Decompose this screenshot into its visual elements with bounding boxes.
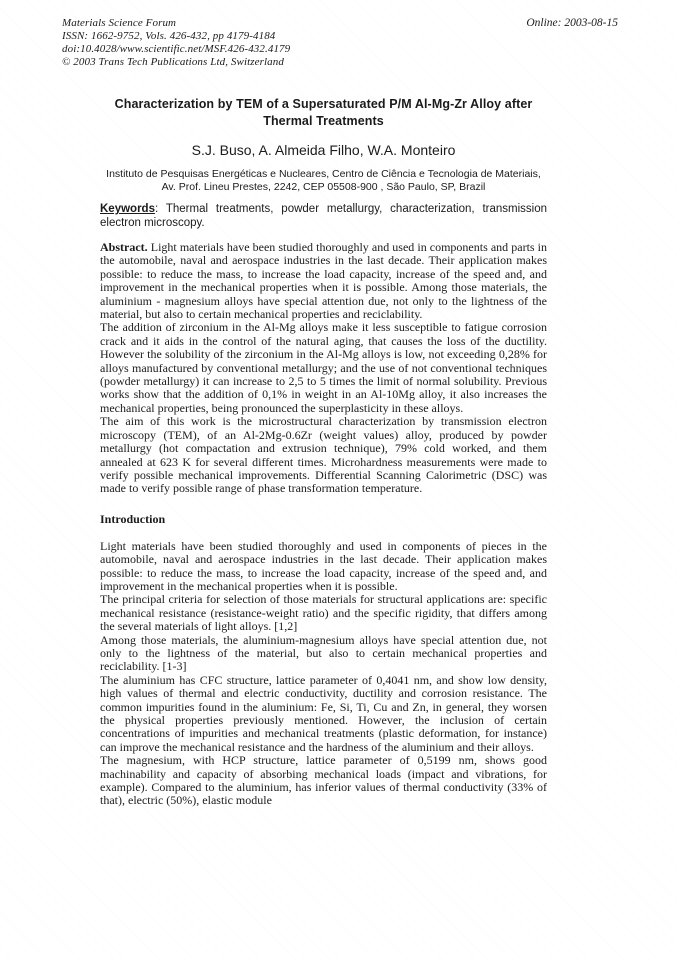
- journal-header: Materials Science Forum ISSN: 1662-9752,…: [0, 0, 678, 69]
- keywords-block: Keywords: Thermal treatments, powder met…: [100, 203, 547, 230]
- content-column: Characterization by TEM of a Supersatura…: [100, 96, 547, 808]
- abstract-paragraph-2: The addition of zirconium in the Al-Mg a…: [100, 321, 547, 415]
- keywords-text: : Thermal treatments, powder metallurgy,…: [100, 203, 547, 229]
- introduction-paragraph-1: Light materials have been studied thorou…: [100, 540, 547, 594]
- keywords-label: Keywords: [100, 203, 155, 215]
- copyright-line: © 2003 Trans Tech Publications Ltd, Swit…: [62, 56, 290, 69]
- abstract-label: Abstract.: [100, 240, 148, 254]
- abstract-block: Abstract. Light materials have been stud…: [100, 241, 547, 496]
- abstract-paragraph-3: The aim of this work is the microstructu…: [100, 415, 547, 495]
- affiliation-line2: Av. Prof. Lineu Prestes, 2242, CEP 05508…: [100, 181, 547, 194]
- issn-line: ISSN: 1662-9752, Vols. 426-432, pp 4179-…: [62, 30, 290, 43]
- paper-page: Materials Science Forum ISSN: 1662-9752,…: [0, 0, 678, 959]
- introduction-paragraph-5: The magnesium, with HCP structure, latti…: [100, 754, 547, 808]
- abstract-p1-text: Light materials have been studied thorou…: [100, 240, 547, 321]
- affiliation: Instituto de Pesquisas Energéticas e Nuc…: [100, 168, 547, 193]
- abstract-paragraph-1: Abstract. Light materials have been stud…: [100, 241, 547, 321]
- affiliation-line1: Instituto de Pesquisas Energéticas e Nuc…: [100, 168, 547, 181]
- paper-title: Characterization by TEM of a Supersatura…: [100, 96, 547, 130]
- introduction-paragraph-3: Among those materials, the aluminium-mag…: [100, 634, 547, 674]
- journal-name: Materials Science Forum: [62, 17, 290, 30]
- introduction-paragraph-4: The aluminium has CFC structure, lattice…: [100, 674, 547, 754]
- authors-line: S.J. Buso, A. Almeida Filho, W.A. Montei…: [100, 142, 547, 158]
- paper-title-line2: Thermal Treatments: [100, 113, 547, 130]
- publication-info: Materials Science Forum ISSN: 1662-9752,…: [62, 17, 290, 69]
- introduction-body: Light materials have been studied thorou…: [100, 540, 547, 808]
- doi-line: doi:10.4028/www.scientific.net/MSF.426-4…: [62, 43, 290, 56]
- section-heading-introduction: Introduction: [100, 512, 547, 526]
- paper-title-line1: Characterization by TEM of a Supersatura…: [100, 96, 547, 113]
- online-date: Online: 2003-08-15: [526, 17, 618, 30]
- introduction-paragraph-2: The principal criteria for selection of …: [100, 593, 547, 633]
